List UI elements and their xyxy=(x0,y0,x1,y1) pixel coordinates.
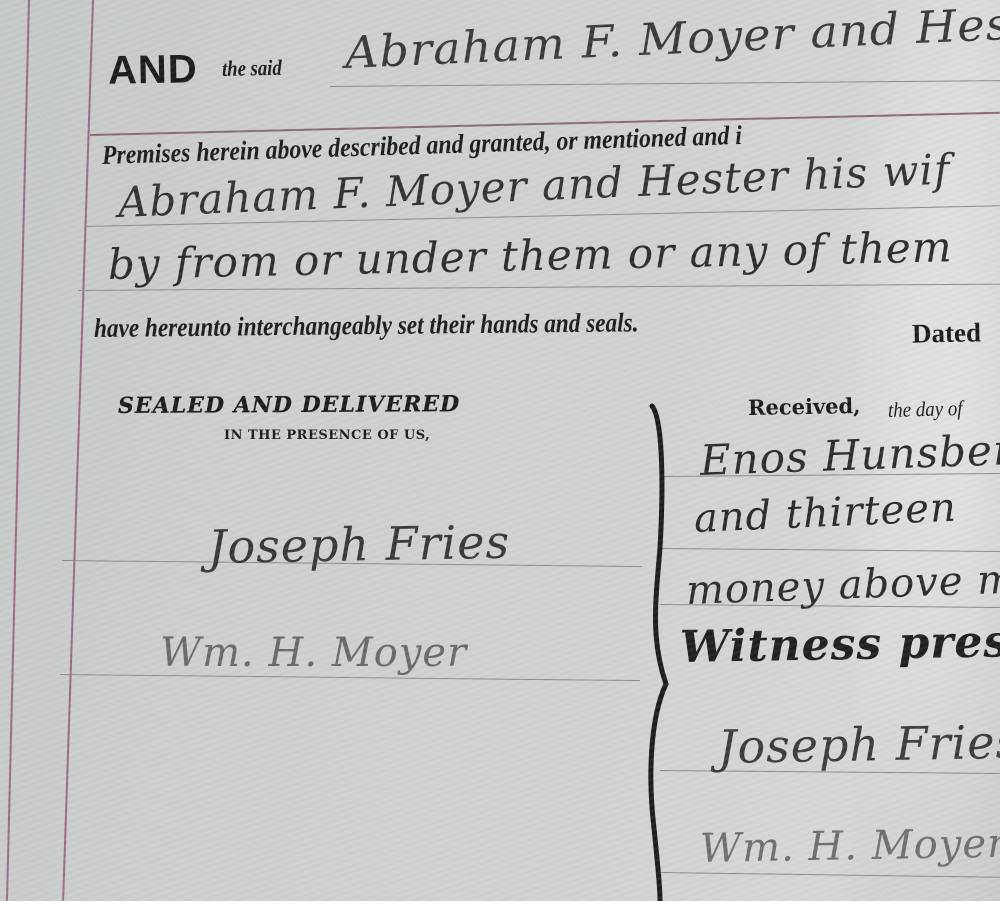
handwritten-receipt-money: money above m xyxy=(685,556,1000,613)
margin-rule-inner xyxy=(62,0,93,901)
handwritten-by-from-under: by from or under them or any of them xyxy=(107,222,953,289)
writing-line xyxy=(330,80,1000,87)
printed-hereunto-clause: have hereunto interchangeably set their … xyxy=(94,307,639,344)
handwritten-grantor-names: Abraham F. Moyer and Hes xyxy=(344,0,1000,79)
writing-line xyxy=(660,872,1000,878)
signature-witness-right-2: Wm. H. Moyer xyxy=(700,821,1000,872)
margin-rule-outer xyxy=(6,0,30,901)
printed-brace-icon xyxy=(630,398,680,901)
printed-the-said: the said xyxy=(222,55,282,82)
writing-line xyxy=(660,548,1000,552)
printed-and: AND xyxy=(108,47,198,94)
handwritten-receipt-amount: and thirteen xyxy=(693,485,958,542)
signature-witness-left-2: Wm. H. Moyer xyxy=(160,630,467,676)
signature-witness-right-1: Joseph Fries xyxy=(718,715,1000,774)
handwritten-witness-present: Witness presen xyxy=(680,615,1000,673)
handwritten-receipt-name: Enos Hunsber xyxy=(699,425,1000,485)
printed-in-presence: IN THE PRESENCE OF US, xyxy=(224,428,430,443)
printed-the-day-of: the day of xyxy=(888,396,963,423)
printed-sealed-delivered: SEALED AND DELIVERED xyxy=(118,391,460,419)
signature-witness-left-1: Joseph Fries xyxy=(208,515,511,574)
deed-page: AND the said Premises herein above descr… xyxy=(0,0,1000,901)
printed-dated: Dated xyxy=(912,317,982,349)
printed-received: Received, xyxy=(748,393,861,420)
